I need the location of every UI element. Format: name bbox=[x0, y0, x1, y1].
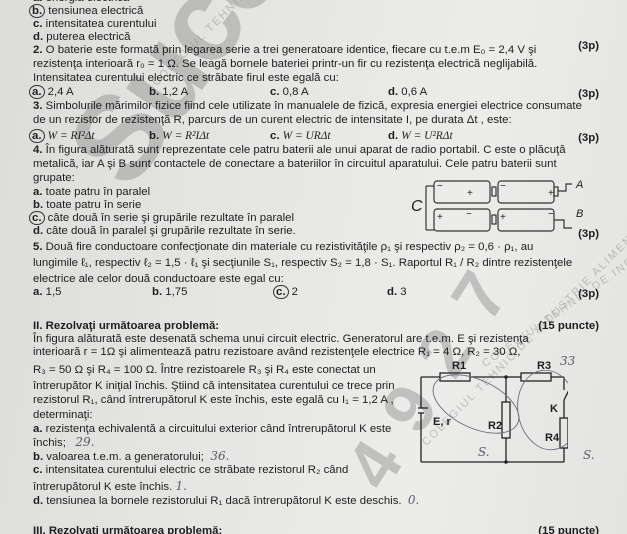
part3-title: III. Rezolvaţi următoarea problemă: bbox=[33, 525, 222, 534]
q4-option-d: d. câte două în paralel şi grupările rez… bbox=[33, 225, 296, 238]
q5-option-c: c. 2 bbox=[277, 286, 298, 299]
part3-points: (15 puncte) bbox=[538, 525, 599, 534]
q5-line1: 5. Două fire conductoare confecţionate d… bbox=[33, 241, 533, 254]
q3-points: (3p) bbox=[578, 132, 599, 145]
q4-line1: 4. În figura alăturată sunt reprezentate… bbox=[33, 144, 566, 157]
battery-plus: + bbox=[548, 188, 554, 199]
q3-line2: de un rezistor de rezistenţă R, parcurs … bbox=[33, 114, 512, 127]
q5-option-b: b. 1,75 bbox=[152, 286, 187, 299]
part2-task-d: d. tensiunea la bornele rezistorului R₁ … bbox=[33, 494, 419, 508]
q5-line3: electrice ale celor două conductoare est… bbox=[33, 273, 284, 286]
q2-option-a: a. 2,4 A bbox=[33, 86, 74, 99]
q5-line2: lungimile ℓ₁, respectiv ℓ₂ = 1,5 · ℓ₁ şi… bbox=[33, 257, 572, 270]
q3-option-c: c. W = URΔt bbox=[270, 130, 331, 143]
q5-points: (3p) bbox=[578, 288, 599, 301]
q2-option-c: c. 0,8 A bbox=[270, 86, 309, 99]
q5-option-a: a. 1,5 bbox=[33, 286, 62, 299]
q1-option-c: c. intensitatea curentului bbox=[33, 18, 157, 31]
part2-title: II. Rezolvaţi următoarea problemă: bbox=[33, 320, 219, 333]
q2-points: (3p) bbox=[578, 40, 599, 53]
switch-k-label: K bbox=[550, 403, 558, 415]
plate-c-label: C bbox=[411, 198, 423, 216]
q1-option-d: d. puterea electrică bbox=[33, 31, 131, 44]
q4-line2: metalică, iar A şi B sunt contactele de … bbox=[33, 158, 557, 171]
q1-option-b: b. tensiunea electrică bbox=[33, 5, 143, 18]
handwritten-note: 33 bbox=[560, 354, 575, 368]
battery-plus: + bbox=[467, 188, 473, 199]
part2-task-a-cont: închis; 29. bbox=[33, 436, 95, 450]
part2-line: interioară r = 1Ω şi alimentează patru r… bbox=[33, 346, 520, 359]
q2-line3: Intensitatea curentului electric ce stră… bbox=[33, 72, 339, 85]
q4-option-a: a. toate patru în paralel bbox=[33, 186, 150, 199]
handwritten-note: S. bbox=[583, 448, 595, 462]
part2-task-c-cont: întrerupătorul K este închis. 1. bbox=[33, 480, 187, 494]
part2-task-a: a. rezistenţa echivalentă a circuitului … bbox=[33, 423, 391, 436]
q2-options-points: (3p) bbox=[578, 88, 599, 101]
battery-minus: − bbox=[500, 181, 506, 192]
part2-line: întrerupător K iniţial închis. Ştiind că… bbox=[33, 380, 395, 393]
q4-option-c: c. câte două în serie şi grupările rezul… bbox=[33, 212, 294, 225]
battery-minus: − bbox=[548, 209, 554, 220]
battery-minus: − bbox=[466, 209, 472, 220]
q3-option-d: d. W = U²RΔt bbox=[388, 130, 453, 143]
battery-plus: + bbox=[500, 212, 506, 223]
q2-option-b: b. 1,2 A bbox=[149, 86, 188, 99]
q2-line1: 2. O baterie este formată prin legarea s… bbox=[33, 44, 536, 57]
q3-option-b: b. W = R²IΔt bbox=[149, 130, 209, 143]
contact-b-label: B bbox=[576, 208, 583, 220]
part2-line: determinaţi: bbox=[33, 409, 93, 422]
r4-label: R4 bbox=[545, 432, 559, 444]
q3-line1: 3. Simbolurile mărimilor fizice fiind ce… bbox=[33, 100, 582, 113]
part2-line: În figura alăturată este desenată schema… bbox=[33, 333, 529, 346]
contact-a-label: A bbox=[576, 179, 583, 191]
battery-minus: − bbox=[437, 181, 443, 192]
part2-points: (15 puncte) bbox=[538, 320, 599, 333]
battery-figure bbox=[420, 180, 600, 236]
part2-line: R₃ = 50 Ω şi R₄ = 100 Ω. Între rezistoar… bbox=[33, 364, 376, 377]
part2-task-b: b. valoarea t.e.m. a generatorului; 36. bbox=[33, 450, 229, 464]
r1-label: R1 bbox=[452, 360, 466, 372]
source-label: E, r bbox=[433, 416, 451, 428]
part2-task-c: c. intensitatea curentului electric ce s… bbox=[33, 464, 348, 477]
q2-option-d: d. 0,6 A bbox=[388, 86, 427, 99]
q3-option-a: a. W = RI²Δt bbox=[33, 130, 95, 143]
q4-line3: grupate: bbox=[33, 172, 75, 185]
q2-line2: rezistenţa interioară r₀ = 1 Ω. Se leagă… bbox=[33, 58, 537, 71]
r2-label: R2 bbox=[488, 420, 502, 432]
q4-option-b: b. toate patru în serie bbox=[33, 199, 141, 212]
q5-option-d: d. 3 bbox=[387, 286, 407, 299]
q1-option-a: a. energia electrică bbox=[33, 0, 129, 5]
battery-plus: + bbox=[437, 212, 443, 223]
r3-label: R3 bbox=[537, 360, 551, 372]
handwritten-note: S. bbox=[478, 445, 490, 459]
part2-line: rezistorul R₁, când întrerupătorul K est… bbox=[33, 394, 394, 407]
